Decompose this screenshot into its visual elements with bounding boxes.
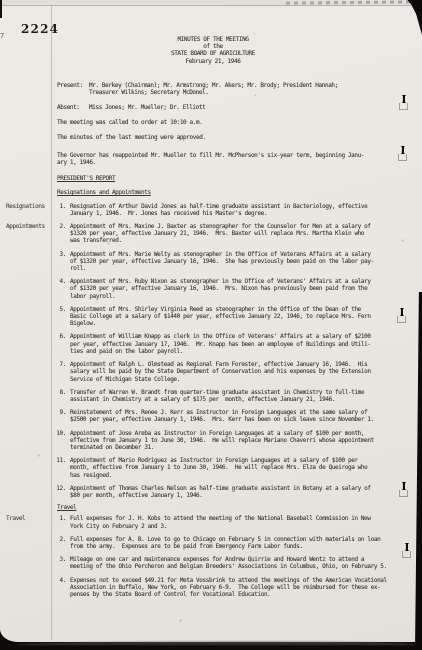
travel-item-3: 3. Mileage on one car and maintenance ex… [57, 556, 397, 570]
item-text: Appointment of Mrs. Ruby Nixon as stenog… [70, 278, 397, 300]
resignations-appointments-heading-text: Resignations and Appointments [57, 189, 151, 196]
absent-names: Miss Jones; Mr. Mueller; Dr. Elliott [89, 104, 205, 111]
report-item-10: 10. Appointment of Jose Areba as Instruc… [57, 430, 397, 452]
scan-edge-bottom-shadow [16, 641, 418, 645]
document-page: 2224 MINUTES OF THE MEETING of the STATE… [0, 0, 422, 642]
title-line-4: February 21, 1946 [43, 58, 383, 65]
item-number: 11. [55, 457, 66, 464]
item-number: 5. [55, 306, 66, 313]
item-number: 2. [55, 223, 66, 230]
item-text: Appointment of Mrs. Marie Welty as steno… [70, 251, 397, 273]
page-number: 2224 [21, 22, 59, 36]
item-number: 3. [55, 251, 66, 258]
title-line-2: of the [43, 43, 383, 50]
margin-label-appointments: Appointments [6, 223, 56, 230]
item-text: Resignation of Arthur David Jones as hal… [70, 203, 397, 217]
scan-left-edge-mark-top [0, 0, 2, 18]
report-item-3: 3. Appointment of Mrs. Marie Welty as st… [57, 251, 397, 273]
travel-item-2: 2. Full expenses for A. B. Love to go to… [57, 536, 397, 550]
travel-item-4: 4. Expenses not to exceed $49.21 for Met… [57, 577, 397, 599]
binding-mark-icon: I [399, 94, 409, 108]
left-margin-rule [51, 6, 52, 640]
item-text: Full expenses for J. H. Kobs to attend t… [70, 515, 397, 529]
item-text: Full expenses for A. B. Love to go to Ch… [70, 536, 397, 550]
item-text: Appointment of William Knapp as clerk in… [70, 333, 397, 355]
report-item-11: 11. Appointment of Mario Rodriguez as In… [57, 457, 397, 479]
item-text: Appointment of Mario Rodriguez as Instru… [70, 457, 397, 479]
minutes-approved-note: The minutes of the last meeting were app… [57, 134, 397, 141]
item-text: Appointment of Ralph L. Olmstead as Regi… [70, 361, 397, 383]
item-number: 9. [55, 409, 66, 416]
binding-mark-icon: I [398, 145, 408, 159]
document-body: MINUTES OF THE MEETING of the STATE BOAR… [57, 36, 397, 598]
item-number: 4. [55, 577, 66, 584]
item-text: Appointment of Mrs. Shirley Virginia Ree… [70, 306, 397, 328]
travel-item-1: Travel 1. Full expenses for J. H. Kobs t… [57, 515, 397, 529]
title-line-3: STATE BOARD OF AGRICULTURE [43, 50, 383, 57]
travel-heading: Travel [57, 504, 397, 511]
report-item-8: 8. Transfer of Warren W. Brandt from qua… [57, 389, 397, 403]
report-item-9: 9. Reinstatement of Mrs. Renee J. Kerr a… [57, 409, 397, 423]
item-number: 7. [55, 361, 66, 368]
item-number: 1. [55, 203, 66, 210]
travel-heading-text: Travel [57, 504, 76, 511]
report-item-6: 6. Appointment of William Knapp as clerk… [57, 333, 397, 355]
called-to-order-note: The meeting was called to order at 10:10… [57, 119, 397, 126]
item-number: 12. [55, 485, 66, 492]
report-item-4: 4. Appointment of Mrs. Ruby Nixon as ste… [57, 278, 397, 300]
item-number: 4. [55, 278, 66, 285]
item-number: 10. [55, 430, 66, 437]
report-item-2: Appointments 2. Appointment of Mrs. Maxi… [57, 223, 397, 245]
item-number: 3. [55, 556, 66, 563]
scan-top-edge-line [0, 5, 422, 6]
item-number: 8. [55, 389, 66, 396]
binding-mark-icon: I [402, 542, 412, 556]
present-names: Mr. Berkey (Chairman); Mr. Armstrong; Mr… [89, 82, 338, 96]
report-item-5: 5. Appointment of Mrs. Shirley Virginia … [57, 306, 397, 328]
item-text: Expenses not to exceed $49.21 for Meta V… [70, 577, 397, 599]
report-item-1: Resignations 1. Resignation of Arthur Da… [57, 203, 397, 217]
present-label: Present: [57, 82, 89, 96]
item-number: 6. [55, 333, 66, 340]
binding-mark-icon: I [399, 481, 409, 495]
item-text: Appointment of Thomas Charles Nelson as … [70, 485, 397, 499]
report-item-7: 7. Appointment of Ralph L. Olmstead as R… [57, 361, 397, 383]
binding-mark-icon: I [397, 307, 407, 321]
presidents-report-heading: PRESIDENT'S REPORT [57, 175, 397, 182]
item-text: Appointment of Mrs. Maxine J. Baxter as … [70, 223, 397, 245]
document-title: MINUTES OF THE MEETING of the STATE BOAR… [43, 36, 383, 65]
margin-label-travel: Travel [6, 515, 56, 522]
present-row: Present: Mr. Berkey (Chairman); Mr. Arms… [57, 82, 397, 96]
resignations-appointments-heading: Resignations and Appointments [57, 189, 397, 196]
item-text: Reinstatement of Mrs. Renee J. Kerr as I… [70, 409, 397, 423]
absent-label: Absent: [57, 104, 89, 111]
absent-row: Absent: Miss Jones; Mr. Mueller; Dr. Ell… [57, 104, 397, 111]
governor-note: The Governor has reappointed Mr. Mueller… [57, 152, 397, 166]
margin-label-resignations: Resignations [6, 203, 56, 210]
item-text: Transfer of Warren W. Brandt from quarte… [70, 389, 397, 403]
presidents-report-heading-text: PRESIDENT'S REPORT [57, 175, 115, 182]
report-item-12: 12. Appointment of Thomas Charles Nelson… [57, 485, 397, 499]
item-text: Mileage on one car and maintenance expen… [70, 556, 397, 570]
item-number: 2. [55, 536, 66, 543]
item-number: 1. [55, 515, 66, 522]
item-text: Appointment of Jose Areba as Instructor … [70, 430, 397, 452]
title-line-1: MINUTES OF THE MEETING [43, 36, 383, 43]
scan-left-edge-glyph: 7 [0, 33, 4, 40]
